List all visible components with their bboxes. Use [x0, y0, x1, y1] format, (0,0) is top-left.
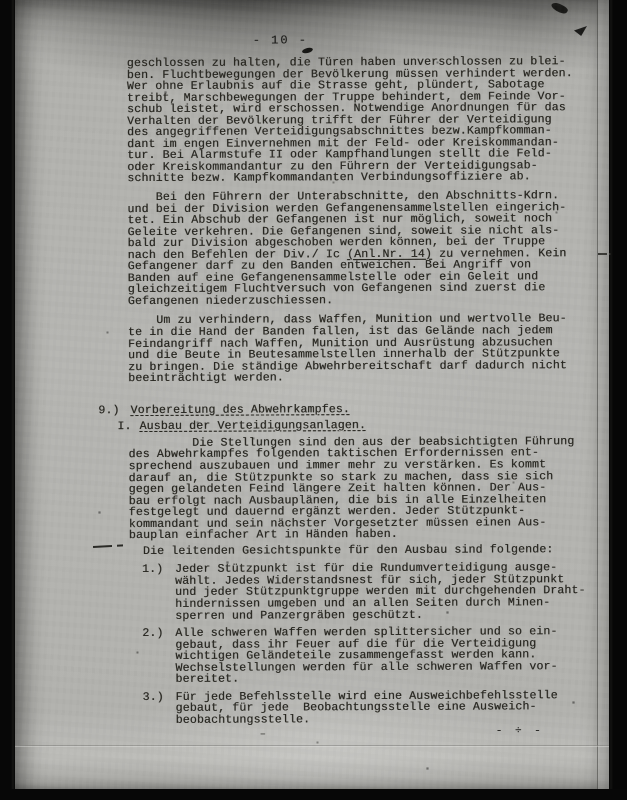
list-intro: Die leitenden Gesichtspunkte für den Aus… — [129, 544, 603, 558]
subsection-1-number: I. — [117, 421, 131, 433]
document-page: - 10 - geschlossen zu halten, die Türen … — [15, 0, 609, 789]
list-item-1-text: Jeder Stützpunkt ist für die Rundumverte… — [175, 562, 586, 623]
scanned-document: - 10 - geschlossen zu halten, die Türen … — [0, 0, 627, 800]
page-text: - 10 - geschlossen zu halten, die Türen … — [127, 56, 604, 788]
list-item-3: 3.) Für jede Befehlsstelle wird eine Aus… — [130, 690, 604, 727]
paragraph-prisoner-collection: Bei den Führern der Unterabschnitte, den… — [127, 190, 601, 308]
section-9-title: Vorbereitung des Abwehrkampfes. — [131, 404, 350, 417]
list-item-3-text: Für jede Befehlsstelle wird eine Ausweic… — [176, 689, 558, 727]
ink-mark-top-right-2 — [574, 26, 587, 36]
list-item-2: 2.) Alle schweren Waffen werden splitter… — [129, 626, 603, 686]
scan-border-bottom — [0, 789, 627, 800]
paragraph-curfew-orders: geschlossen zu halten, die Türen haben u… — [127, 56, 602, 185]
scan-border-left — [0, 0, 15, 800]
list-item-1: 1.) Jeder Stützpunkt ist für die Rundumv… — [129, 562, 603, 622]
page-number: - 10 - — [253, 35, 308, 47]
section-9-number: 9.) — [98, 405, 119, 417]
footer-mark-right: - ÷ - — [496, 726, 544, 738]
margin-dash-mark — [93, 544, 129, 548]
ink-mark-top-right-1 — [550, 0, 569, 16]
scan-border-right — [609, 0, 627, 800]
dust-specks — [15, 0, 16, 1]
list-item-3-number: 3.) — [143, 692, 164, 704]
list-item-2-number: 2.) — [142, 628, 163, 640]
paragraph-booty-collection: Um zu verhindern, dass Waffen, Munition … — [128, 314, 602, 385]
ink-mark-near-page-number — [302, 47, 314, 55]
section-9-heading: 9.) Vorbereitung des Abwehrkampfes. — [98, 403, 602, 417]
subsection-1-heading: I. Ausbau der Verteidigungsanlagen. — [117, 419, 602, 433]
subsection-1-title: Ausbau der Verteidigungsanlagen. — [140, 420, 367, 433]
footer-mark-center: – — [260, 729, 266, 741]
list-item-1-number: 1.) — [142, 564, 163, 576]
list-item-2-text: Alle schweren Waffen werden splittersich… — [175, 625, 557, 686]
paragraph-defense-construction: Die Stellungen sind den aus der beabsich… — [128, 436, 602, 542]
